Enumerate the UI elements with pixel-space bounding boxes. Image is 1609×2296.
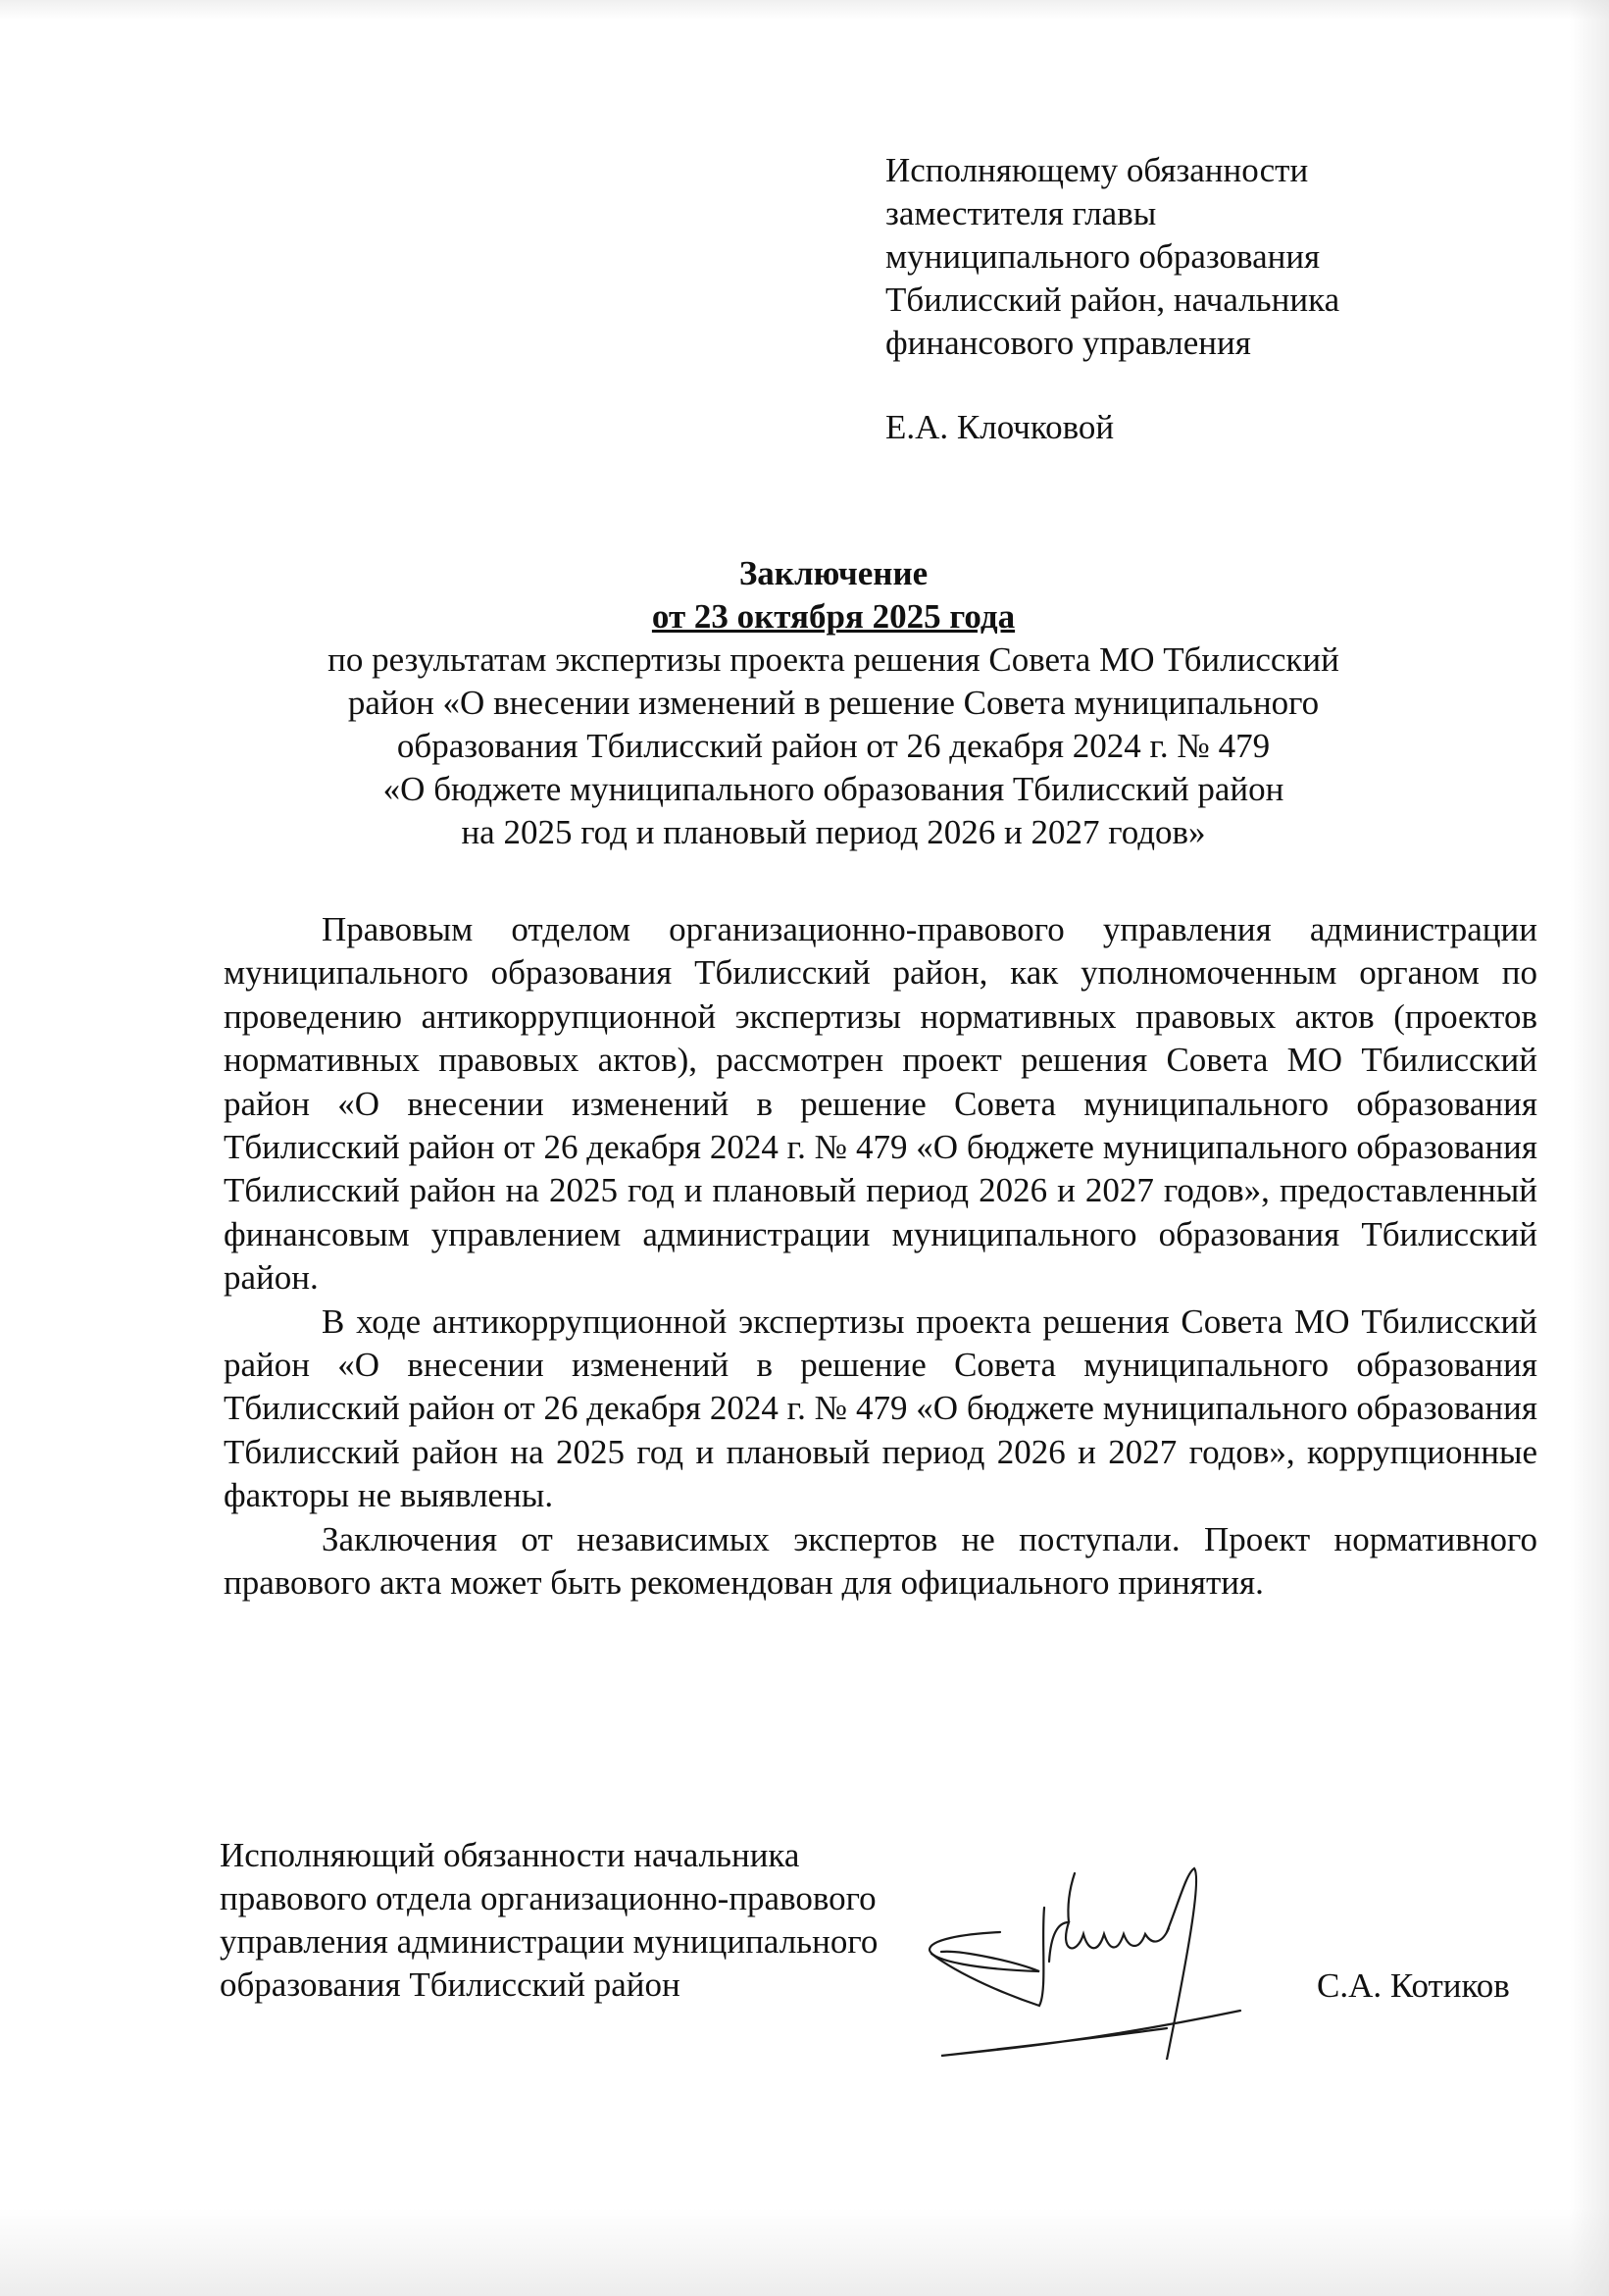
handwritten-signature-icon bbox=[922, 1863, 1530, 2060]
signature-position-line: правового отдела организационно-правовог… bbox=[220, 1877, 878, 1920]
body-paragraph: Правовым отделом организационно-правовог… bbox=[224, 908, 1537, 1301]
document-subject-line: на 2025 год и плановый период 2026 и 202… bbox=[216, 811, 1451, 854]
addressee-line: Тбилисский район, начальника bbox=[885, 279, 1339, 322]
body-paragraph: В ходе антикоррупционной экспертизы прое… bbox=[224, 1301, 1537, 1518]
scan-edge-right bbox=[1570, 0, 1609, 2296]
document-date: от 23 октября 2025 года bbox=[216, 595, 1451, 638]
addressee-line: Исполняющему обязанности bbox=[885, 149, 1339, 192]
signature-position-line: Исполняющий обязанности начальника bbox=[220, 1834, 878, 1877]
signer-name: С.А. Котиков bbox=[1317, 1964, 1510, 2008]
signature-position: Исполняющий обязанности начальника право… bbox=[220, 1834, 878, 2007]
document-subject-line: «О бюджете муниципального образования Тб… bbox=[216, 768, 1451, 811]
addressee-name: Е.А. Клочковой bbox=[885, 406, 1339, 449]
addressee-block: Исполняющему обязанности заместителя гла… bbox=[885, 149, 1339, 449]
addressee-line: муниципального образования bbox=[885, 235, 1339, 279]
addressee-line: заместителя главы bbox=[885, 192, 1339, 235]
addressee-line: финансового управления bbox=[885, 322, 1339, 365]
scan-edge-bottom bbox=[0, 2208, 1609, 2296]
document-body: Правовым отделом организационно-правовог… bbox=[224, 908, 1537, 1606]
body-paragraph: Заключения от независимых экспертов не п… bbox=[224, 1518, 1537, 1606]
document-subject-line: по результатам экспертизы проекта решени… bbox=[216, 638, 1451, 682]
document-heading: Заключение от 23 октября 2025 года по ре… bbox=[216, 552, 1451, 854]
scan-edge-top bbox=[0, 0, 1609, 20]
signature-position-line: образования Тбилисский район bbox=[220, 1964, 878, 2007]
document-title: Заключение bbox=[216, 552, 1451, 595]
document-subject-line: район «О внесении изменений в решение Со… bbox=[216, 682, 1451, 725]
signature-position-line: управления администрации муниципального bbox=[220, 1920, 878, 1964]
document-subject-line: образования Тбилисский район от 26 декаб… bbox=[216, 725, 1451, 768]
